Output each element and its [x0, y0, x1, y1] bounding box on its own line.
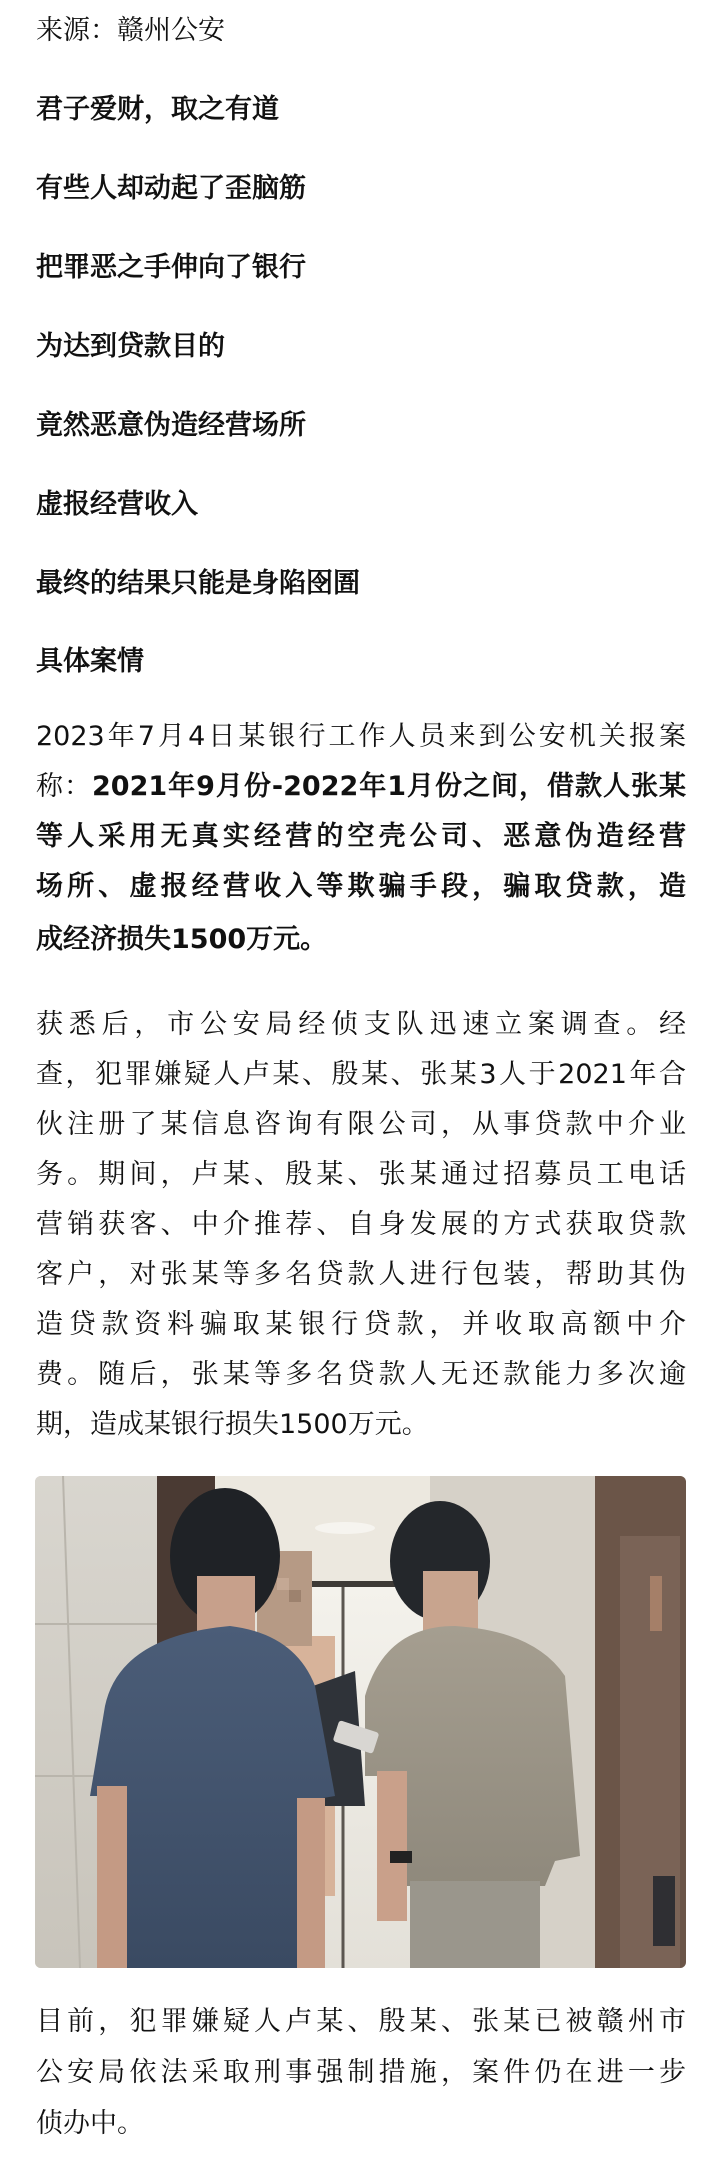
- headline-line: 虚报经营收入: [36, 480, 198, 530]
- paragraph-line: 侦办中。: [36, 2099, 144, 2149]
- paragraph-line: 目前，犯罪嫌疑人卢某、殷某、张某已被赣州市: [36, 1997, 686, 2047]
- paragraph-line: 2023年7月4日某银行工作人员来到公安机关报案: [36, 712, 686, 762]
- photo-scene: [35, 1476, 686, 1968]
- article-photo[interactable]: [35, 1476, 686, 1968]
- article-source: 来源：赣州公安: [36, 6, 225, 56]
- paragraph-line: 营销获客、中介推荐、自身发展的方式获取贷款: [36, 1200, 686, 1250]
- headline-line: 把罪恶之手伸向了银行: [36, 243, 306, 293]
- paragraph-line: 公安局依法采取刑事强制措施，案件仍在进一步: [36, 2048, 686, 2098]
- paragraph-line: 期，造成某银行损失1500万元。: [36, 1400, 429, 1450]
- paragraph-line: 伙注册了某信息咨询有限公司，从事贷款中介业: [36, 1100, 686, 1150]
- paragraph-line: 场所、虚报经营收入等欺骗手段，骗取贷款，造: [36, 862, 686, 912]
- regular-text: 称：: [36, 771, 92, 802]
- paragraph-line: 称：2021年9月份-2022年1月份之间，借款人张某: [36, 762, 686, 812]
- headline-line: 君子爱财，取之有道: [36, 85, 279, 135]
- paragraph-line: 查，犯罪嫌疑人卢某、殷某、张某3人于2021年合: [36, 1050, 686, 1100]
- paragraph-line: 成经济损失1500万元。: [36, 915, 327, 965]
- paragraph-line: 造贷款资料骗取某银行贷款，并收取高额中介: [36, 1300, 686, 1350]
- paragraph-line: 等人采用无真实经营的空壳公司、恶意伪造经营: [36, 812, 686, 862]
- headline-line: 为达到贷款目的: [36, 322, 225, 372]
- paragraph-line: 务。期间，卢某、殷某、张某通过招募员工电话: [36, 1150, 686, 1200]
- paragraph-line: 获悉后，市公安局经侦支队迅速立案调查。经: [36, 1000, 686, 1050]
- paragraph-line: 费。随后，张某等多名贷款人无还款能力多次逾: [36, 1350, 686, 1400]
- section-heading: 具体案情: [36, 637, 144, 687]
- headline-line: 有些人却动起了歪脑筋: [36, 164, 306, 214]
- emphasized-text: 2021年9月份-2022年1月份之间，借款人张某: [92, 771, 686, 802]
- headline-line: 竟然恶意伪造经营场所: [36, 401, 306, 451]
- paragraph-line: 客户，对张某等多名贷款人进行包装，帮助其伪: [36, 1250, 686, 1300]
- headline-line: 最终的结果只能是身陷囹圄: [36, 559, 360, 609]
